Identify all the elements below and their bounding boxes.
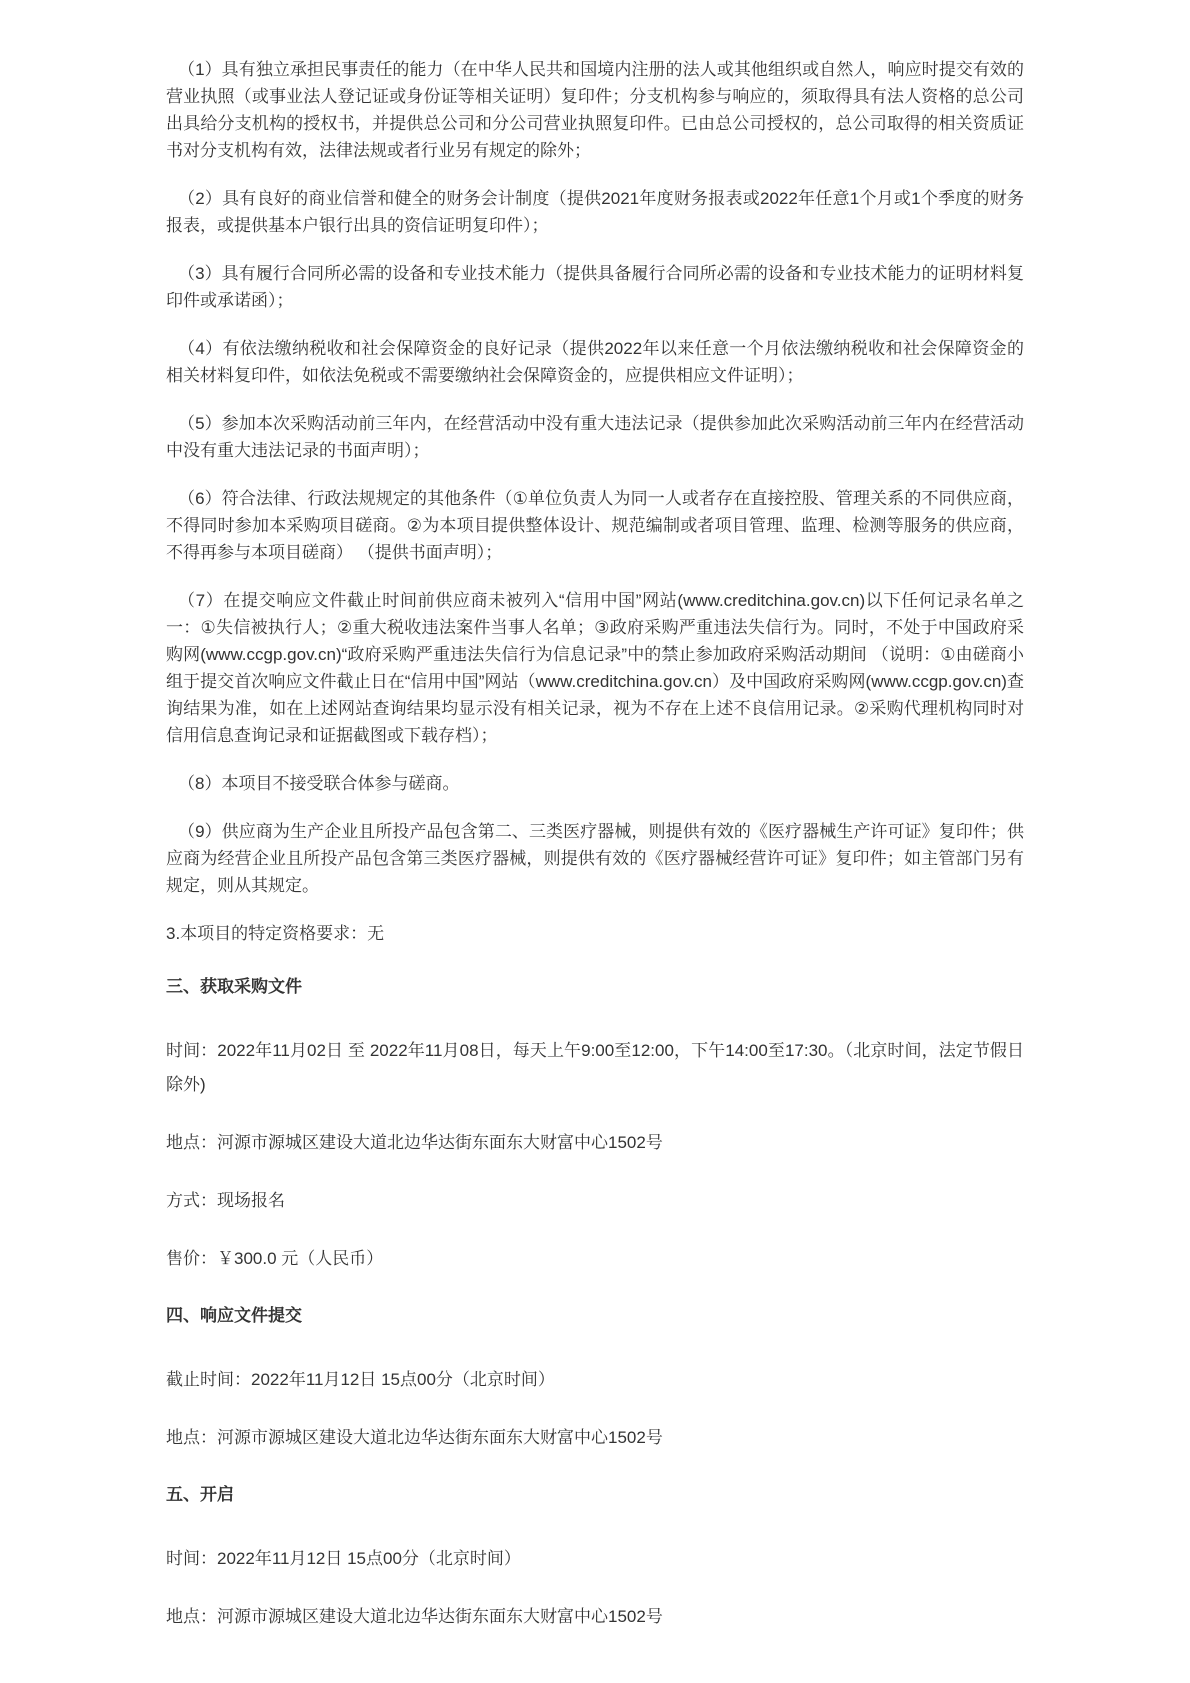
qualification-item-7: （7）在提交响应文件截止时间前供应商未被列入“信用中国”网站(www.credi… <box>166 587 1024 749</box>
obtain-price-line: 售价：￥300.0 元（人民币） <box>166 1242 1024 1276</box>
submission-location-line: 地点：河源市源城区建设大道北边华达街东面东大财富中心1502号 <box>166 1421 1024 1455</box>
obtain-location-line: 地点：河源市源城区建设大道北边华达街东面东大财富中心1502号 <box>166 1126 1024 1160</box>
opening-time-line: 时间：2022年11月12日 15点00分（北京时间） <box>166 1542 1024 1576</box>
section-heading-obtain-documents: 三、获取采购文件 <box>166 973 1024 1000</box>
submission-deadline-line: 截止时间：2022年11月12日 15点00分（北京时间） <box>166 1363 1024 1397</box>
section-heading-opening: 五、开启 <box>166 1481 1024 1508</box>
section-heading-response-submission: 四、响应文件提交 <box>166 1302 1024 1329</box>
qualification-item-3: （3）具有履行合同所必需的设备和专业技术能力（提供具备履行合同所必需的设备和专业… <box>166 260 1024 314</box>
qualification-item-4: （4）有依法缴纳税收和社会保障资金的良好记录（提供2022年以来任意一个月依法缴… <box>166 335 1024 389</box>
obtain-method-line: 方式：现场报名 <box>166 1184 1024 1218</box>
qualification-item-8: （8）本项目不接受联合体参与磋商。 <box>166 770 1024 797</box>
qualification-item-9: （9）供应商为生产企业且所投产品包含第二、三类医疗器械，则提供有效的《医疗器械生… <box>166 818 1024 899</box>
qualification-item-5: （5）参加本次采购活动前三年内，在经营活动中没有重大违法记录（提供参加此次采购活… <box>166 410 1024 464</box>
qualification-item-6: （6）符合法律、行政法规规定的其他条件（①单位负责人为同一人或者存在直接控股、管… <box>166 485 1024 566</box>
obtain-time-line: 时间：2022年11月02日 至 2022年11月08日，每天上午9:00至12… <box>166 1034 1024 1102</box>
qualification-item-1: （1）具有独立承担民事责任的能力（在中华人民共和国境内注册的法人或其他组织或自然… <box>166 56 1024 164</box>
specific-qualification-note: 3.本项目的特定资格要求：无 <box>166 920 1024 947</box>
procurement-announcement-body: （1）具有独立承担民事责任的能力（在中华人民共和国境内注册的法人或其他组织或自然… <box>166 56 1024 1658</box>
qualification-item-2: （2）具有良好的商业信誉和健全的财务会计制度（提供2021年度财务报表或2022… <box>166 185 1024 239</box>
opening-location-line: 地点：河源市源城区建设大道北边华达街东面东大财富中心1502号 <box>166 1600 1024 1634</box>
